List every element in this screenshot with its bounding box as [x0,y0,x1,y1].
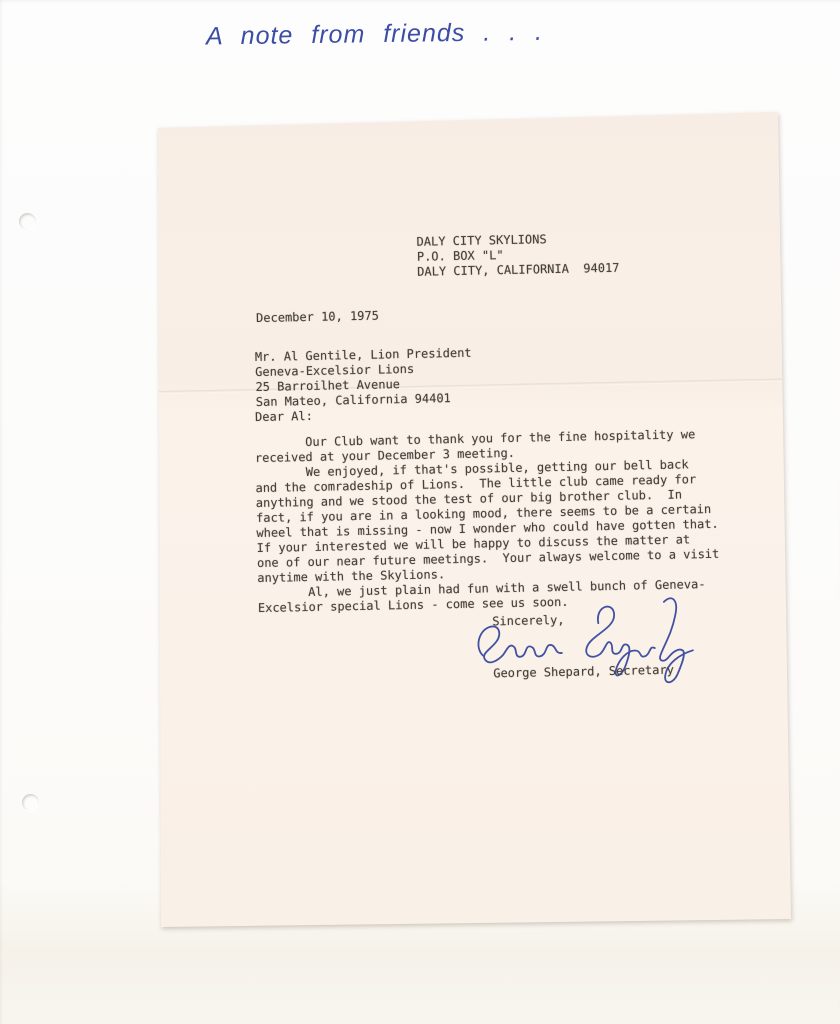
letterhead: DALY CITY SKYLIONS P.O. BOX "L" DALY CIT… [416,231,619,280]
signature-script [468,593,698,698]
body-paragraph: We enjoyed, if that's possible, getting … [255,457,720,586]
date-line: December 10, 1975 [256,309,379,326]
recipient-address: Mr. Al Gentile, Lion President Geneva-Ex… [255,346,473,410]
salutation: Dear Al: [255,409,313,425]
letter-content: DALY CITY SKYLIONS P.O. BOX "L" DALY CIT… [0,0,840,1024]
album-page: A note from friends . . . DALY CITY SKYL… [0,0,840,1024]
